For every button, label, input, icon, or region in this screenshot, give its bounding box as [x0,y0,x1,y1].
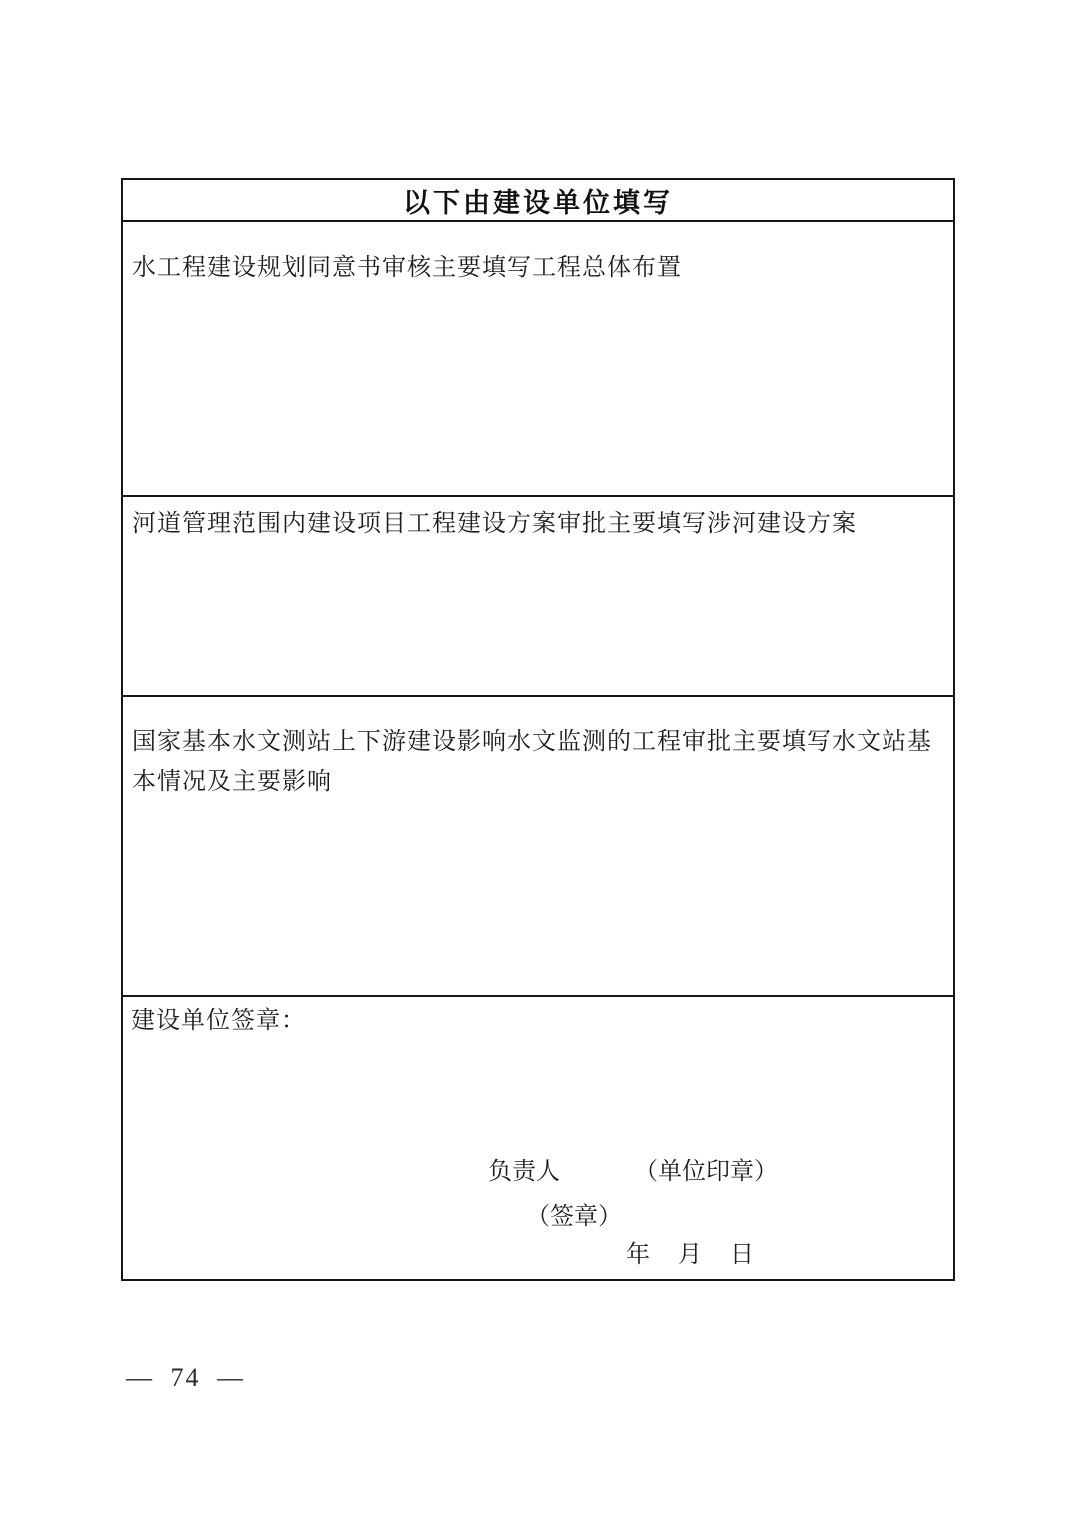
hydrology-station-instruction: 国家基本水文测站上下游建设影响水文监测的工程审批主要填写水文站基本情况及主要影响 [123,697,953,802]
table-row-hydrology-station: 国家基本水文测站上下游建设影响水文监测的工程审批主要填写水文站基本情况及主要影响 [123,697,953,997]
date-placeholder: 年 月 日 [626,1235,756,1275]
unit-seal-label: （单位印章） [634,1159,778,1185]
construction-unit-form-table: 以下由建设单位填写 水工程建设规划同意书审核主要填写工程总体布置 河道管理范围内… [121,178,955,1281]
table-header-title: 以下由建设单位填写 [403,181,673,220]
table-row-planning-consent: 水工程建设规划同意书审核主要填写工程总体布置 [123,222,953,497]
table-header: 以下由建设单位填写 [123,180,953,222]
signature-label: 建设单位签章： [131,1001,306,1041]
table-row-river-management: 河道管理范围内建设项目工程建设方案审批主要填写涉河建设方案 [123,497,953,697]
sign-seal-label: （签章） [526,1197,622,1237]
planning-consent-instruction: 水工程建设规划同意书审核主要填写工程总体布置 [123,222,953,288]
signature-line-responsible: 负责人（单位印章） [488,1152,778,1192]
table-row-signature: 建设单位签章： 负责人（单位印章） （签章） 年 月 日 [123,997,953,1279]
responsible-person-label: 负责人 [488,1159,560,1185]
page-number: — 74 — [126,1363,245,1393]
river-management-instruction: 河道管理范围内建设项目工程建设方案审批主要填写涉河建设方案 [123,497,953,544]
